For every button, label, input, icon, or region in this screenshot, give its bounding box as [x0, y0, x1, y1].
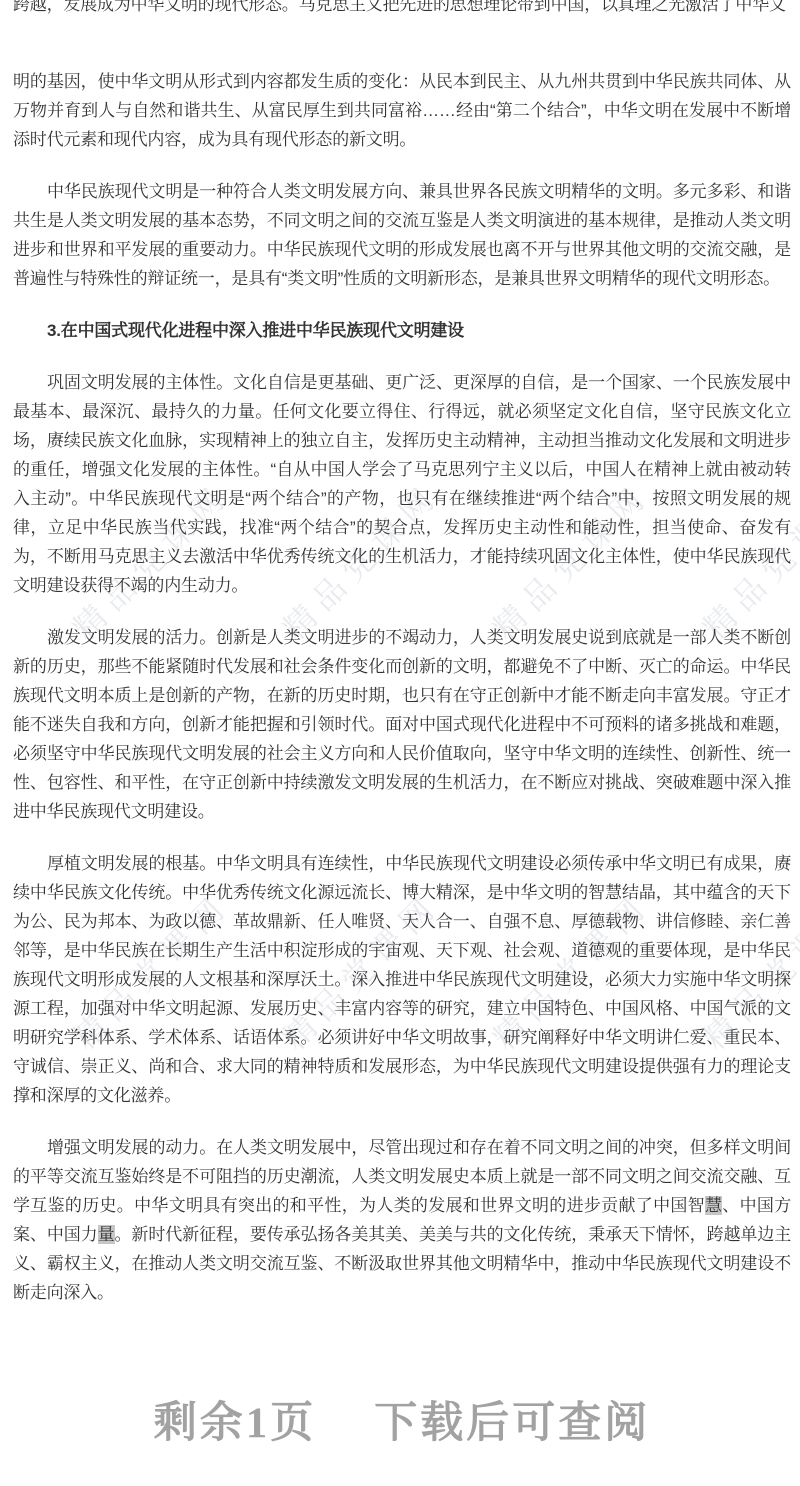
paragraph-text: 增强文明发展的动力。在人类文明发展中，尽管出现过和存在着不同文明之间的冲突，但多… [13, 1138, 791, 1215]
paragraph: 激发文明发展的活力。创新是人类文明进步的不竭动力，人类文明发展史说到底就是一部人… [13, 623, 791, 826]
paragraph-text: 中华民族现代文明是一种符合人类文明发展方向、兼具世界各民族文明精华的文明。多元多… [13, 182, 791, 288]
highlighted-char: 慧 [705, 1196, 722, 1215]
paragraph-text: 巩固文明发展的主体性。文化自信是更基础、更广泛、更深厚的自信，是一个国家、一个民… [13, 373, 791, 595]
paragraph: 增强文明发展的动力。在人类文明发展中，尽管出现过和存在着不同文明之间的冲突，但多… [13, 1133, 791, 1307]
paragraph-text: 跨越，发展成为中华文明的现代形态。马克思主义把先进的思想理论带到中国，以真理之光… [13, 0, 786, 14]
paragraph: 中华民族现代文明是一种符合人类文明发展方向、兼具世界各民族文明精华的文明。多元多… [13, 177, 791, 293]
download-hint-label: 下载后可查阅 [374, 1400, 650, 1447]
document-page: 跨越，发展成为中华文明的现代形态。马克思主义把先进的思想理论带到中国，以真理之光… [0, 0, 800, 1450]
highlighted-char: 量 [98, 1225, 115, 1244]
paragraph: 明的基因，使中华文明从形式到内容都发生质的变化：从民本到民主、从九州共贯到中华民… [13, 67, 791, 154]
preview-footer-banner: 剩余1页下载后可查阅 [13, 1389, 791, 1450]
paragraph-text: 3.在中国式现代化进程中深入推进中华民族现代文明建设 [47, 321, 464, 340]
paragraph-text: 厚植文明发展的根基。中华文明具有连续性，中华民族现代文明建设必须传承中华文明已有… [13, 854, 791, 1105]
paragraph-text: 明的基因，使中华文明从形式到内容都发生质的变化：从民本到民主、从九州共贯到中华民… [13, 72, 791, 149]
document-body: 跨越，发展成为中华文明的现代形态。马克思主义把先进的思想理论带到中国，以真理之光… [13, 0, 791, 1307]
remaining-pages-label: 剩余1页 [154, 1400, 317, 1447]
paragraph: 跨越，发展成为中华文明的现代形态。马克思主义把先进的思想理论带到中国，以真理之光… [13, 0, 791, 19]
paragraph: 厚植文明发展的根基。中华文明具有连续性，中华民族现代文明建设必须传承中华文明已有… [13, 849, 791, 1110]
section-heading: 3.在中国式现代化进程中深入推进中华民族现代文明建设 [13, 316, 791, 345]
paragraph: 巩固文明发展的主体性。文化自信是更基础、更广泛、更深厚的自信，是一个国家、一个民… [13, 368, 791, 600]
paragraph-text: 。新时代新征程，要传承弘扬各美其美、美美与共的文化传统，秉承天下情怀，跨越单边主… [13, 1225, 791, 1302]
paragraph-text: 激发文明发展的活力。创新是人类文明进步的不竭动力，人类文明发展史说到底就是一部人… [13, 628, 791, 821]
